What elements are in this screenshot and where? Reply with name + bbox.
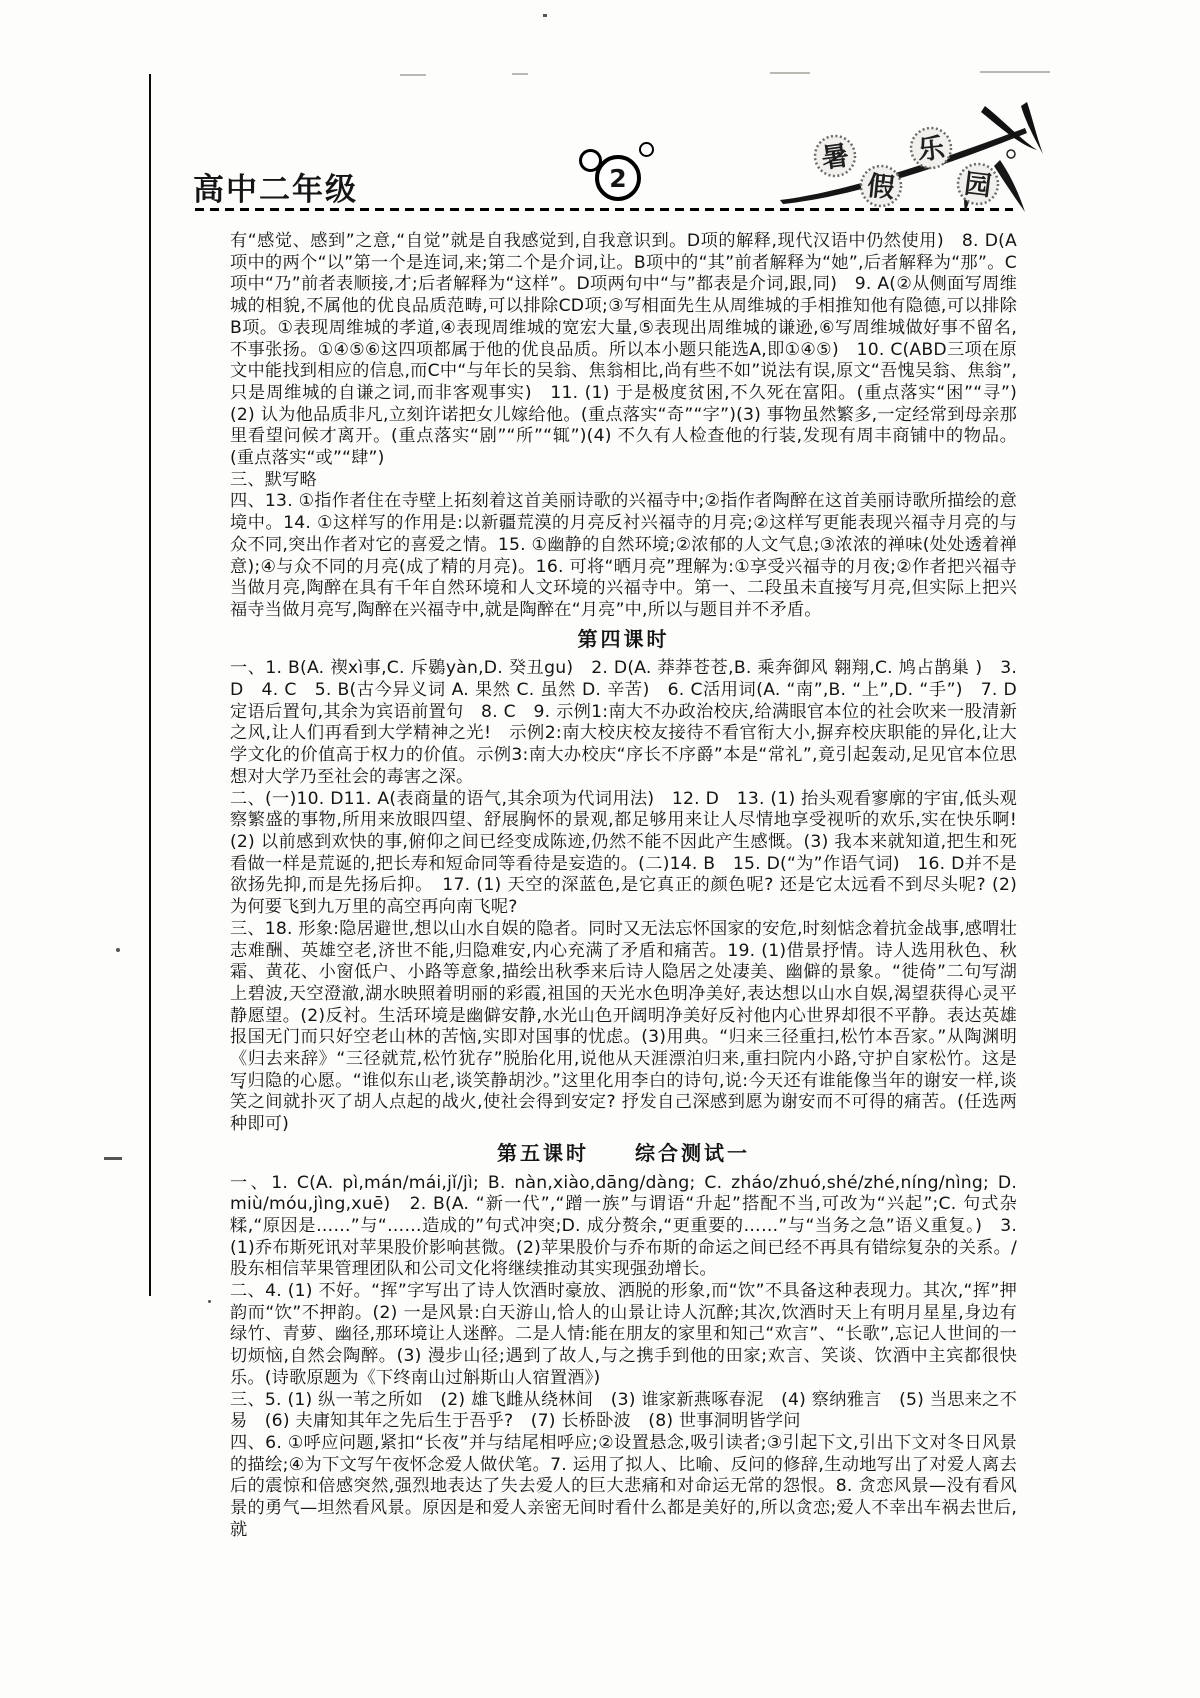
answer-paragraph: 一、1. B(A. 禊xì事,C. 斥鷃yàn,D. 癸丑gu) 2. D(A.… (230, 658, 1017, 788)
answer-paragraph: 四、6. ①呼应问题,紧扣“长夜”并与结尾相呼应;②设置悬念,吸引读者;③引起下… (230, 1433, 1017, 1542)
logo-char-shu: 暑 (820, 140, 851, 174)
scan-noise (208, 1300, 211, 1303)
scan-noise (116, 948, 120, 952)
logo-char-jia: 假 (866, 171, 896, 205)
badge-bubble-right (639, 142, 654, 157)
grade-label: 高中二年级 (193, 164, 358, 209)
scan-noise (980, 71, 1050, 73)
section-heading: 第四课时 (230, 629, 1017, 651)
page-number: 2 (595, 155, 641, 201)
answer-paragraph: 二、(一)10. D11. A(表商量的语气,其余项为代词用法) 12. D 1… (230, 789, 1017, 919)
scan-noise (400, 74, 426, 76)
answer-paragraph: 有“感觉、感到”之意,“自觉”就是自我感觉到,自我意识到。D项的解释,现代汉语中… (230, 231, 1017, 470)
scan-noise (512, 73, 528, 75)
answer-paragraph: 四、13. ①指作者住在寺壁上拓刻着这首美丽诗歌的兴福寺中;②指作者陶醉在这首美… (230, 491, 1017, 621)
logo-leaf-stroke-2 (1021, 102, 1043, 154)
scan-page: 高中二年级 2 暑 假 乐 园 有“感觉、感到”之意,“自觉”就是自我感觉到,自… (0, 0, 1200, 1698)
answer-paragraph: 三、5. (1) 纵一苇之所如 (2) 雄飞雌从绕林间 (3) 谁家新燕啄春泥 … (230, 1390, 1017, 1433)
logo-char-le: 乐 (916, 133, 947, 167)
logo-tail-stroke-1 (994, 160, 1025, 212)
page-number-badge: 2 (595, 155, 641, 201)
summer-fun-logo: 暑 假 乐 园 (775, 100, 1045, 218)
scan-noise (104, 1157, 122, 1160)
answer-paragraph: 三、默写略 (230, 470, 1017, 492)
answer-paragraph: 三、18. 形象:隐居避世,想以山水自娱的隐者。同时又无法忘怀国家的安危,时刻惦… (230, 919, 1017, 1136)
scan-left-rule (149, 74, 151, 1296)
answer-paragraph: 二、4. (1) 不好。“挥”字写出了诗人饮酒时豪放、洒脱的形象,而“饮”不具备… (230, 1281, 1017, 1390)
logo-dot (1007, 150, 1015, 158)
answer-paragraph: 一、1. C(A. pì,mán/mái,jǐ/jì; B. nàn,xiào,… (230, 1173, 1017, 1282)
section-heading: 第五课时 综合测试一 (230, 1143, 1017, 1165)
scan-noise (770, 72, 810, 74)
logo-char-yuan: 园 (963, 168, 994, 202)
content-area: 有“感觉、感到”之意,“自觉”就是自我感觉到,自我意识到。D项的解释,现代汉语中… (230, 231, 1017, 1541)
scan-noise (543, 14, 547, 17)
